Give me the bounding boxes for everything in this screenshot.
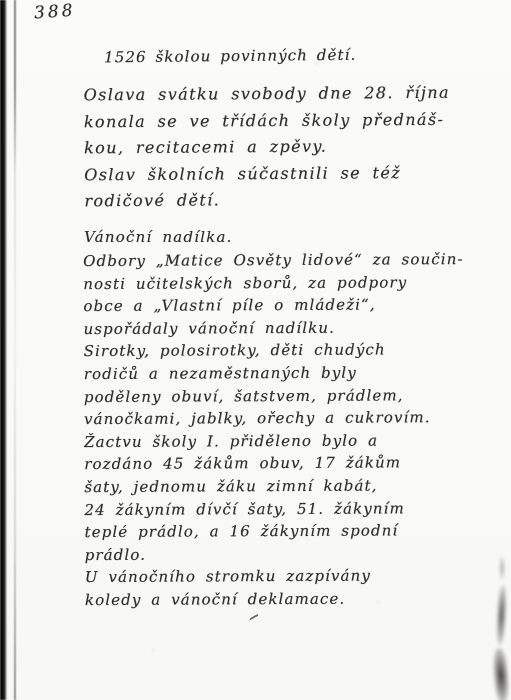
handwritten-line: uspořádaly vánoční nadílku. bbox=[83, 318, 464, 343]
handwritten-line: Žactvu školy I. přiděleno bylo a bbox=[84, 431, 465, 456]
handwritten-line: rodičové dětí. bbox=[84, 189, 450, 218]
handwritten-line: vánočkami, jablky, ořechy a cukrovím. bbox=[84, 408, 465, 433]
handwritten-line: U vánočního stromku zazpívány bbox=[85, 566, 466, 591]
scan-edge-left bbox=[0, 0, 7, 700]
page-number: 388 bbox=[33, 1, 76, 24]
scan-smudge bbox=[499, 555, 505, 581]
handwritten-line: Odbory „Matice Osvěty lidové“ za součin- bbox=[83, 250, 464, 275]
section-heading-christmas: Vánoční nadílka. bbox=[84, 228, 233, 246]
handwritten-line: rozdáno 45 žákům obuv, 17 žákům bbox=[84, 453, 465, 478]
scan-smudge bbox=[495, 585, 507, 645]
handwritten-line: Sirotky, polosirotky, děti chudých bbox=[84, 340, 465, 365]
scanned-page: 388 1526 školou povinných dětí. Oslava s… bbox=[0, 0, 511, 700]
handwritten-line: šaty, jednomu žáku zimní kabát, bbox=[84, 476, 465, 501]
handwritten-line: Oslava svátku svobody dne 28. října bbox=[84, 83, 450, 112]
handwritten-line: poděleny obuví, šatstvem, prádlem, bbox=[84, 386, 465, 411]
handwritten-line: obce a „Vlastní píle o mládeži“, bbox=[83, 295, 464, 320]
handwritten-line: teplé prádlo, a 16 žákyním spodní bbox=[84, 521, 465, 546]
stray-pen-mark bbox=[247, 613, 258, 629]
paragraph-christmas-gifts: Odbory „Matice Osvěty lidové“ za součin-… bbox=[83, 250, 465, 613]
handwritten-line: 24 žákyním dívčí šaty, 51. žákyním bbox=[84, 499, 465, 524]
handwritten-line: konala se ve třídách školy přednáš- bbox=[84, 109, 450, 138]
handwritten-line: kou, recitacemi a zpěvy. bbox=[84, 136, 450, 165]
handwritten-line: koledy a vánoční deklamace. bbox=[85, 589, 466, 614]
handwritten-line: Oslav školních súčastnili se též bbox=[84, 162, 450, 191]
handwritten-line: nosti učitelských sborů, za podpory bbox=[83, 273, 464, 298]
entry-heading: 1526 školou povinných dětí. bbox=[104, 46, 357, 67]
paragraph-holiday-celebration: Oslava svátku svobody dne 28. října kona… bbox=[84, 83, 451, 218]
handwritten-line: prádlo. bbox=[85, 544, 466, 569]
handwritten-line: rodičů a nezaměstnaných byly bbox=[84, 363, 465, 388]
scan-fold-line bbox=[14, 0, 16, 700]
scan-smudge bbox=[492, 648, 510, 700]
